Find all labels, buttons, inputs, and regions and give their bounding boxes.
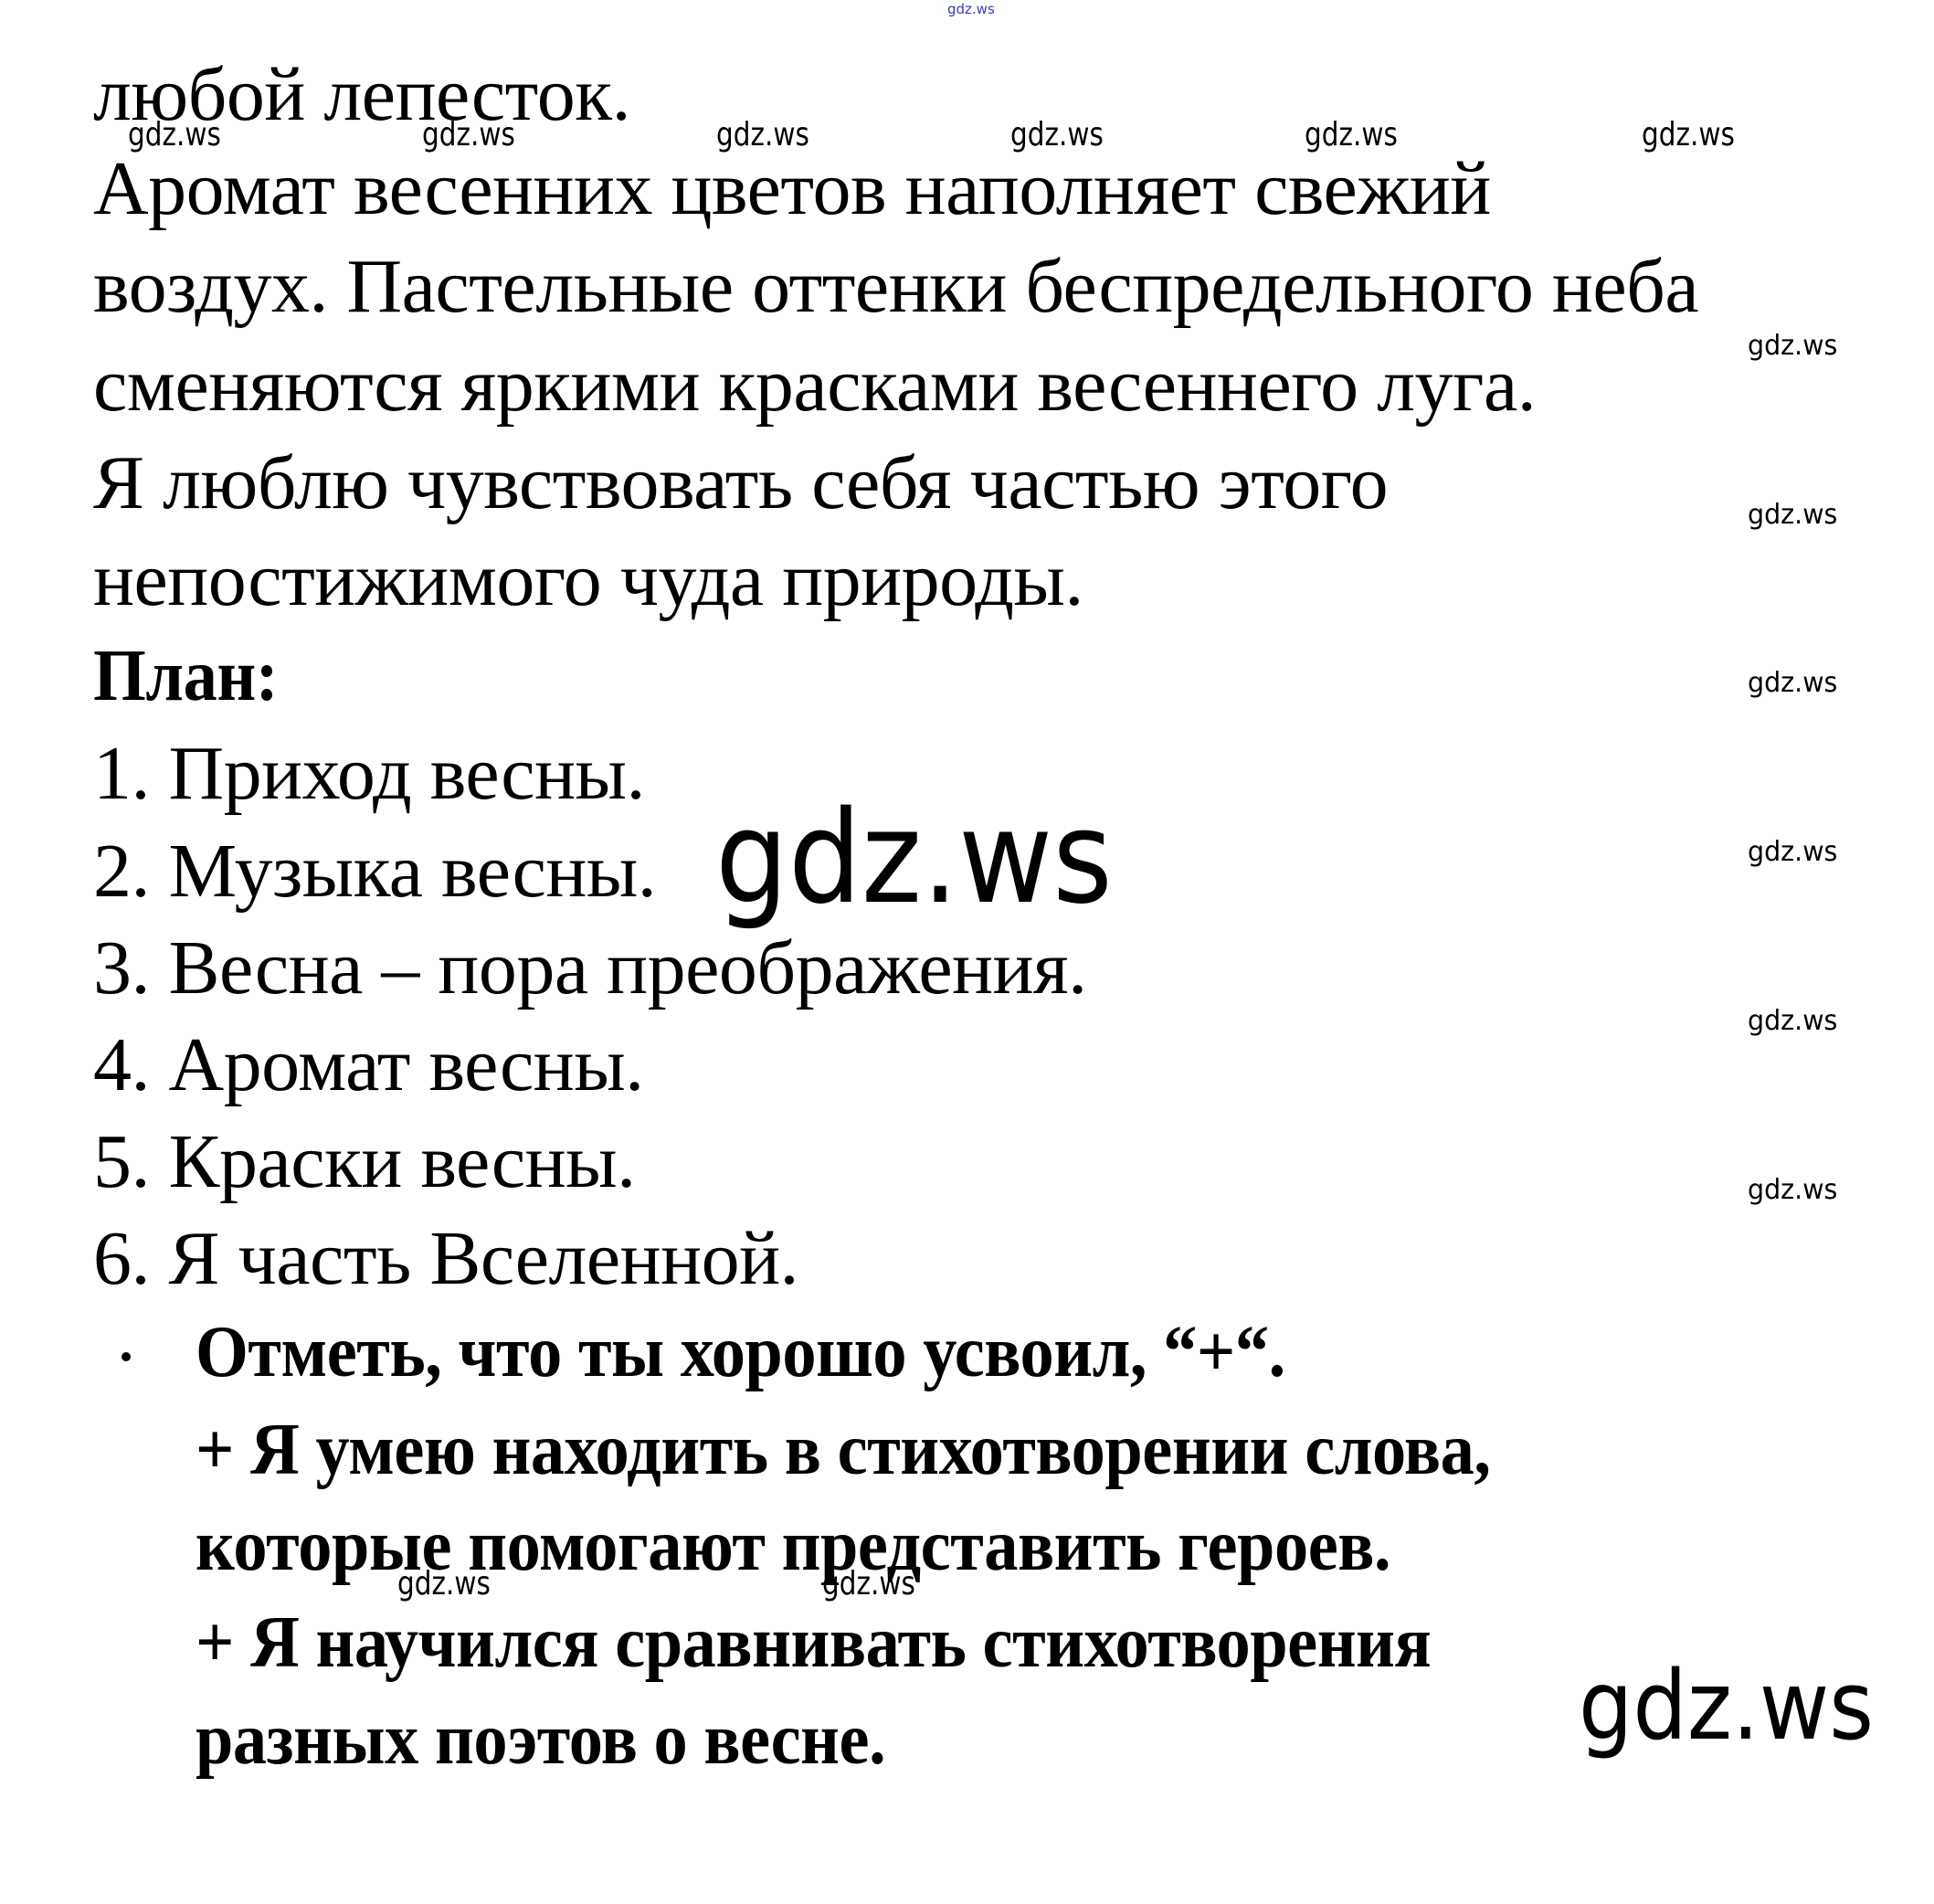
paragraph-line: сменяются яркими красками весеннего луга… xyxy=(93,347,1536,424)
watermark: gdz.ws xyxy=(1748,1177,1837,1204)
top-watermark: gdz.ws xyxy=(947,3,995,16)
watermark: gdz.ws xyxy=(1642,119,1735,152)
plan-item: 5. Краски весны. xyxy=(93,1124,636,1201)
watermark: gdz.ws xyxy=(1748,502,1837,529)
watermark: gdz.ws xyxy=(716,119,809,152)
watermark: gdz.ws xyxy=(822,1568,915,1601)
plan-item: 3. Весна – пора преображения. xyxy=(93,930,1087,1007)
watermark: gdz.ws xyxy=(128,119,221,152)
bullet-icon xyxy=(122,1352,131,1361)
watermark: gdz.ws xyxy=(1748,670,1837,697)
plan-item: 6. Я часть Вселенной. xyxy=(93,1221,798,1297)
watermark: gdz.ws xyxy=(1305,119,1398,152)
watermark-large: gdz.ws xyxy=(1579,1658,1874,1753)
watermark: gdz.ws xyxy=(422,119,515,152)
paragraph-line: воздух. Пастельные оттенки беспредельног… xyxy=(93,249,1698,325)
paragraph-line: Я люблю чувствовать себя частью этого xyxy=(93,445,1388,522)
watermark: gdz.ws xyxy=(1010,119,1104,152)
paragraph-line: Аромат весенних цветов наполняет свежий xyxy=(93,151,1491,227)
plan-item: 4. Аромат весны. xyxy=(93,1027,644,1104)
self-check-line: + Я умею находить в стихотворении слова, xyxy=(196,1413,1490,1486)
watermark: gdz.ws xyxy=(397,1568,491,1601)
plan-title: План: xyxy=(93,640,278,713)
watermark: gdz.ws xyxy=(1748,333,1837,360)
watermark: gdz.ws xyxy=(1748,1008,1837,1035)
watermark: gdz.ws xyxy=(1748,839,1837,866)
plan-item: 1. Приход весны. xyxy=(93,735,645,812)
self-check-line: разных поэтов о весне. xyxy=(196,1703,885,1776)
paragraph-line: непостижимого чуда природы. xyxy=(93,542,1083,619)
self-check-line: + Я научился сравнивать стихотворения xyxy=(196,1606,1431,1679)
self-check-heading: Отметь, что ты хорошо усвоил, “+“. xyxy=(196,1316,1285,1389)
plan-item: 2. Музыка весны. xyxy=(93,833,656,910)
self-check-line: которые помогают представить героев. xyxy=(196,1509,1390,1582)
watermark-large: gdz.ws xyxy=(715,795,1113,923)
